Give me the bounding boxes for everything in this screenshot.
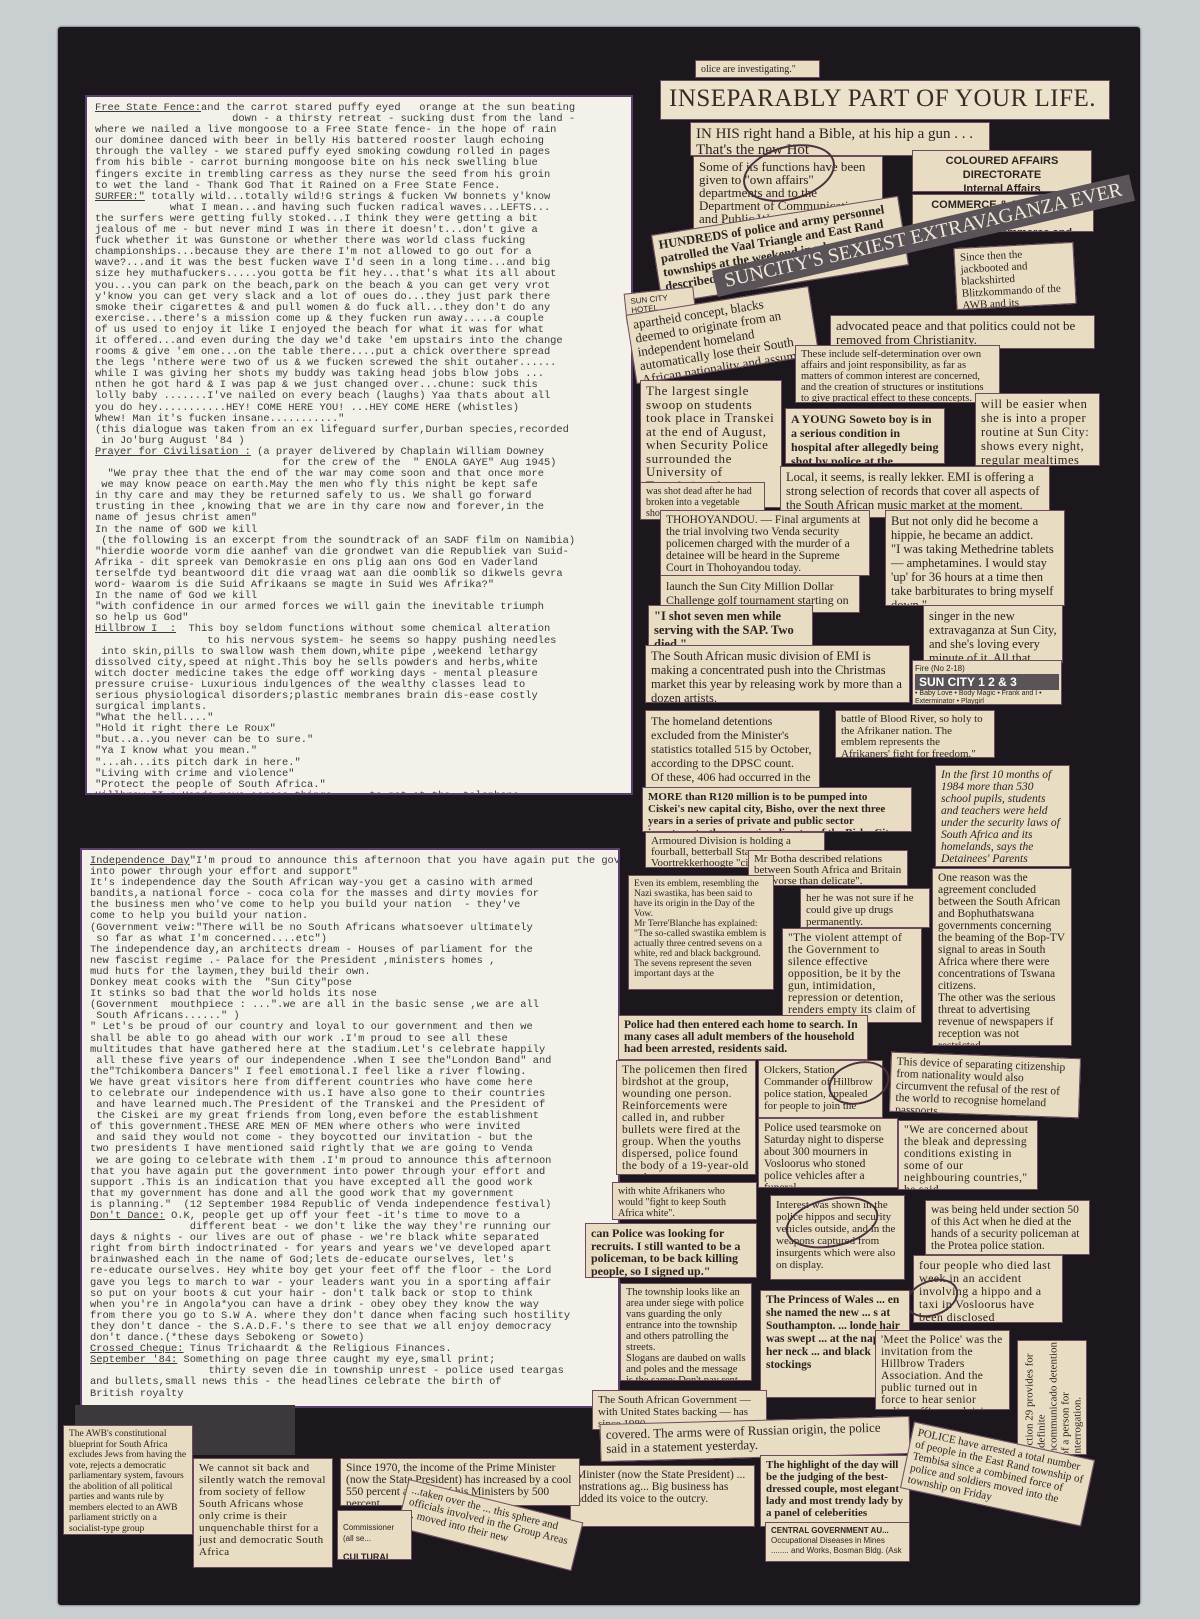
clip-township-siege: The township looks like an area under si… xyxy=(620,1283,752,1381)
clip-thohoyandou: THOHOYANDOU. — Final arguments at the tr… xyxy=(660,510,870,576)
clip-coloured-affairs: COLOURED AFFAIRS DIRECTORATE Internal Af… xyxy=(912,150,1092,192)
clip-awb: The AWB's constitutional blueprint for S… xyxy=(63,1425,193,1535)
clip-concerned: "We are concerned about the bleak and de… xyxy=(898,1120,1038,1190)
typed-sheet-top: Free State Fence:and the carrot stared p… xyxy=(85,95,633,795)
typed-sheet-bottom: Independence Day"I'm proud to announce t… xyxy=(80,848,620,1408)
hippie-text: But not only did he become a hippie, he … xyxy=(891,514,1059,542)
section-29-text: Section 29 provides for indefinite incom… xyxy=(1024,1342,1084,1456)
clip-cannot-sit-back: We cannot sit back and silently watch th… xyxy=(193,1458,333,1568)
clip-section-50: was being held under section 50 of this … xyxy=(925,1200,1090,1255)
clip-police-investigating: olice are investigating." xyxy=(695,60,820,78)
clip-headline: INSEPARABLY PART OF YOUR LIFE. xyxy=(660,80,1110,120)
clip-first-10-months: In the first 10 months of 1984 more than… xyxy=(935,765,1070,867)
commissioner-text: Commissioner (all se... xyxy=(343,1522,406,1544)
clip-separating: This device of separating citizenship fr… xyxy=(889,1052,1081,1119)
clip-central-gov: CENTRAL GOVERNMENT AU... Occupational Di… xyxy=(765,1522,910,1562)
methedrine-text: "I was taking Methedrine tablets — amphe… xyxy=(891,542,1059,606)
clip-recruits: can Police was looking for recruits. I s… xyxy=(585,1223,757,1278)
clip-singer: singer in the new extravaganza at Sun Ci… xyxy=(923,605,1063,663)
clip-one-reason: One reason was the agreement concluded b… xyxy=(932,868,1072,1046)
clip-judging: The highlight of the day will be the jud… xyxy=(760,1455,910,1527)
clip-homeland-detentions: The homeland detentions excluded from th… xyxy=(645,710,820,788)
section-title: Hillbrow II : xyxy=(95,790,176,795)
clip-emblem: Even its emblem, resembling the Nazi swa… xyxy=(628,875,774,990)
clip-meet-police: 'Meet the Police' was the invitation fro… xyxy=(875,1330,1010,1410)
sun-city-title: SUN CITY 1 2 & 3 xyxy=(915,674,1059,690)
clip-section-29: Section 29 provides for indefinite incom… xyxy=(1017,1340,1087,1455)
clip-easier: will be easier when she is into a proper… xyxy=(975,393,1100,466)
clip-drugs: her he was not sure if he could give up … xyxy=(800,888,930,928)
central-gov-text: CENTRAL GOVERNMENT AU... xyxy=(771,1526,904,1536)
clip-sun-city-123: Fire (No 2-18) SUN CITY 1 2 & 3 • Baby L… xyxy=(912,660,1062,705)
clip-violent-attempt: "The violent attempt of the Government t… xyxy=(782,928,922,1023)
typed-line: British royalty xyxy=(90,1389,610,1400)
clip-blood-river: battle of Blood River, so holy to the Af… xyxy=(835,710,995,758)
clip-prime-minister: Minister (now the State President) ... o… xyxy=(570,1465,755,1527)
clip-jackbooted: Since then the jackbooted and blackshirt… xyxy=(953,242,1076,310)
clip-r120-million: MORE than R120 million is to be pumped i… xyxy=(642,787,912,832)
clip-advocated: advocated peace and that politics could … xyxy=(830,315,1095,349)
clip-police-entered: Police had then entered each home to sea… xyxy=(618,1015,868,1060)
coloured-affairs-text: COLOURED AFFAIRS DIRECTORATE xyxy=(918,154,1086,182)
sun-city-tag: Fire (No 2-18) xyxy=(915,663,1059,674)
clip-self-determination: These include self-determination over ow… xyxy=(795,345,1000,403)
occupational-text: Occupational Diseases in Mines ........ … xyxy=(771,1536,904,1556)
sun-city-tracks: • Baby Love • Body Magic • Frank and I •… xyxy=(915,690,1059,705)
clip-shot-seven: "I shot seven men while serving with the… xyxy=(648,605,813,647)
clip-birdshot: The policemen then fired birdshot at the… xyxy=(616,1060,756,1175)
clip-commissioner: Commissioner (all se... CULTURAL AFFAIRS xyxy=(337,1510,412,1560)
cultural-affairs-text: CULTURAL AFFAIRS xyxy=(343,1552,406,1560)
typed-line: Hillbrow II : Hands move across things t… xyxy=(95,791,623,795)
clip-tearsmoke: Police used tearsmoke on Saturday night … xyxy=(758,1118,898,1188)
clip-young-soweto: A YOUNG Soweto boy is in a serious condi… xyxy=(785,408,945,464)
clip-emi-push: The South African music division of EMI … xyxy=(645,645,910,703)
clip-afrikaners-fight: with white Afrikaners who would "fight t… xyxy=(612,1182,757,1220)
clip-hippie: But not only did he become a hippie, he … xyxy=(885,510,1065,606)
